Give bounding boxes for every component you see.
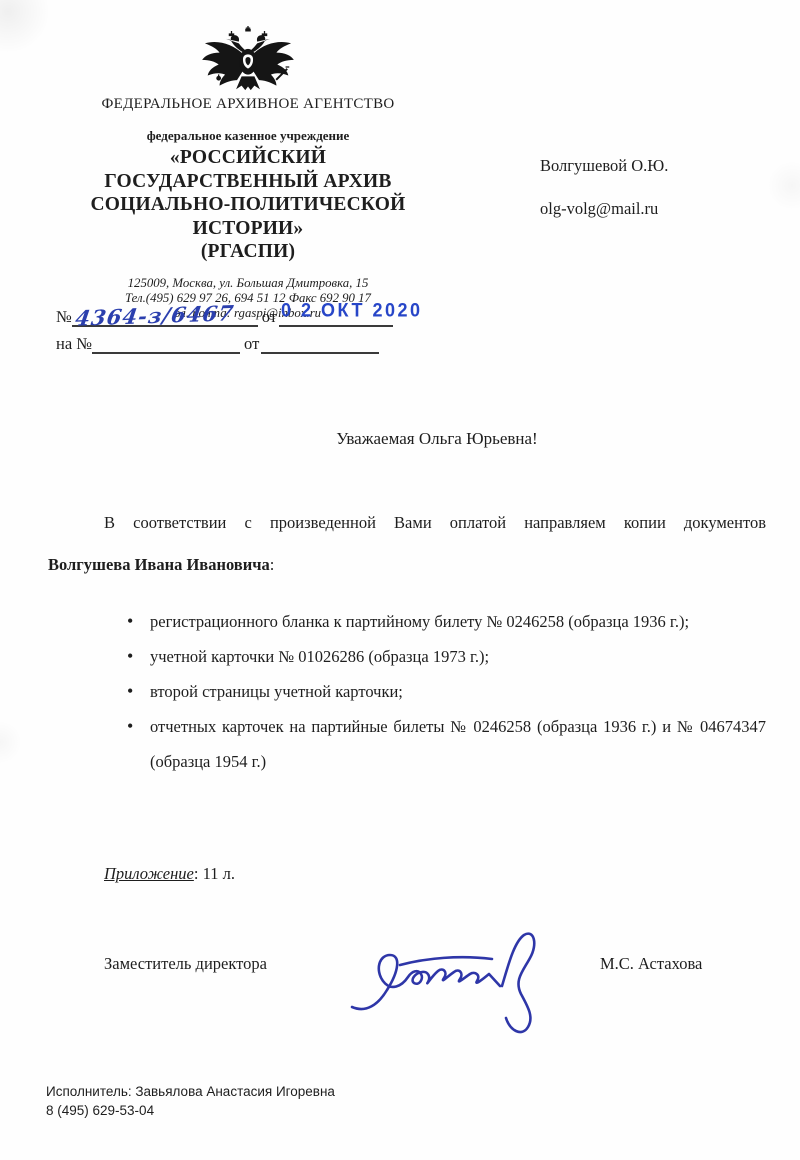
letter-page: ФЕДЕРАЛЬНОЕ АРХИВНОЕ АГЕНТСТВО федеральн… (0, 0, 800, 1160)
handwritten-number: 4364-з/6467 (74, 300, 236, 330)
list-item: второй страницы учетной карточки; (150, 674, 766, 709)
outgoing-number-row: №4364-з/6467от0 2 ОКТ 2020 (56, 306, 393, 333)
attachment-value: : 11 л. (194, 864, 235, 883)
attachment-line: Приложение: 11 л. (104, 864, 235, 884)
list-item: учетной карточки № 01026286 (образца 197… (150, 639, 766, 674)
incoming-number-line (92, 333, 240, 354)
executor-phone: 8 (495) 629-53-04 (46, 1101, 335, 1120)
org-name-line: (РГАСПИ) (60, 240, 436, 264)
signer-name: М.С. Астахова (600, 954, 702, 974)
paragraph-line: В соответствии с произведенной Вами опла… (48, 502, 766, 544)
ot-label: от (244, 334, 259, 353)
letterhead: ФЕДЕРАЛЬНОЕ АРХИВНОЕ АГЕНТСТВО федеральн… (60, 26, 436, 321)
signer-position: Заместитель директора (104, 954, 267, 974)
recipient-block: Волгушевой О.Ю. olg-volg@mail.ru (540, 156, 668, 219)
org-name-line: СОЦИАЛЬНО-ПОЛИТИЧЕСКОЙ (60, 193, 436, 217)
institution-type: федеральное казенное учреждение (60, 128, 436, 144)
incoming-number-row: на №от (56, 333, 393, 360)
double-headed-eagle-icon (200, 26, 296, 92)
executor-name: Исполнитель: Завьялова Анастасия Игоревн… (46, 1082, 335, 1101)
date-line: 0 2 ОКТ 2020 (279, 306, 393, 327)
address-line: 125009, Москва, ул. Большая Дмитровка, 1… (60, 276, 436, 291)
subject-suffix: : (270, 555, 275, 574)
list-item: регистрационного бланка к партийному бил… (150, 604, 766, 639)
salutation: Уважаемая Ольга Юрьевна! (48, 429, 766, 449)
body-paragraph: В соответствии с произведенной Вами опла… (48, 502, 766, 586)
list-item: отчетных карточек на партийные билеты № … (150, 709, 766, 779)
number-label: № (56, 307, 72, 326)
handwritten-signature-ink (342, 910, 562, 1040)
org-name-line: ГОСУДАРСТВЕННЫЙ АРХИВ (60, 170, 436, 194)
date-stamp: 0 2 ОКТ 2020 (281, 299, 423, 322)
na-number-label: на № (56, 334, 92, 353)
recipient-email: olg-volg@mail.ru (540, 199, 668, 219)
incoming-date-line (261, 333, 379, 354)
attachment-label: Приложение (104, 864, 194, 883)
ot-label: от (262, 307, 277, 326)
recipient-name: Волгушевой О.Ю. (540, 156, 668, 176)
executor-block: Исполнитель: Завьялова Анастасия Игоревн… (46, 1082, 335, 1120)
reference-block: №4364-з/6467от0 2 ОКТ 2020 на №от (56, 306, 393, 360)
organization-name: «РОССИЙСКИЙ ГОСУДАРСТВЕННЫЙ АРХИВ СОЦИАЛ… (60, 146, 436, 264)
number-line: 4364-з/6467 (72, 306, 258, 327)
org-name-line: «РОССИЙСКИЙ (60, 146, 436, 170)
subject-line: Волгушева Ивана Ивановича: (48, 544, 766, 586)
documents-list: регистрационного бланка к партийному бил… (48, 604, 766, 779)
subject-name: Волгушева Ивана Ивановича (48, 555, 270, 574)
org-name-line: ИСТОРИИ» (60, 217, 436, 241)
agency-name: ФЕДЕРАЛЬНОЕ АРХИВНОЕ АГЕНТСТВО (60, 96, 436, 113)
